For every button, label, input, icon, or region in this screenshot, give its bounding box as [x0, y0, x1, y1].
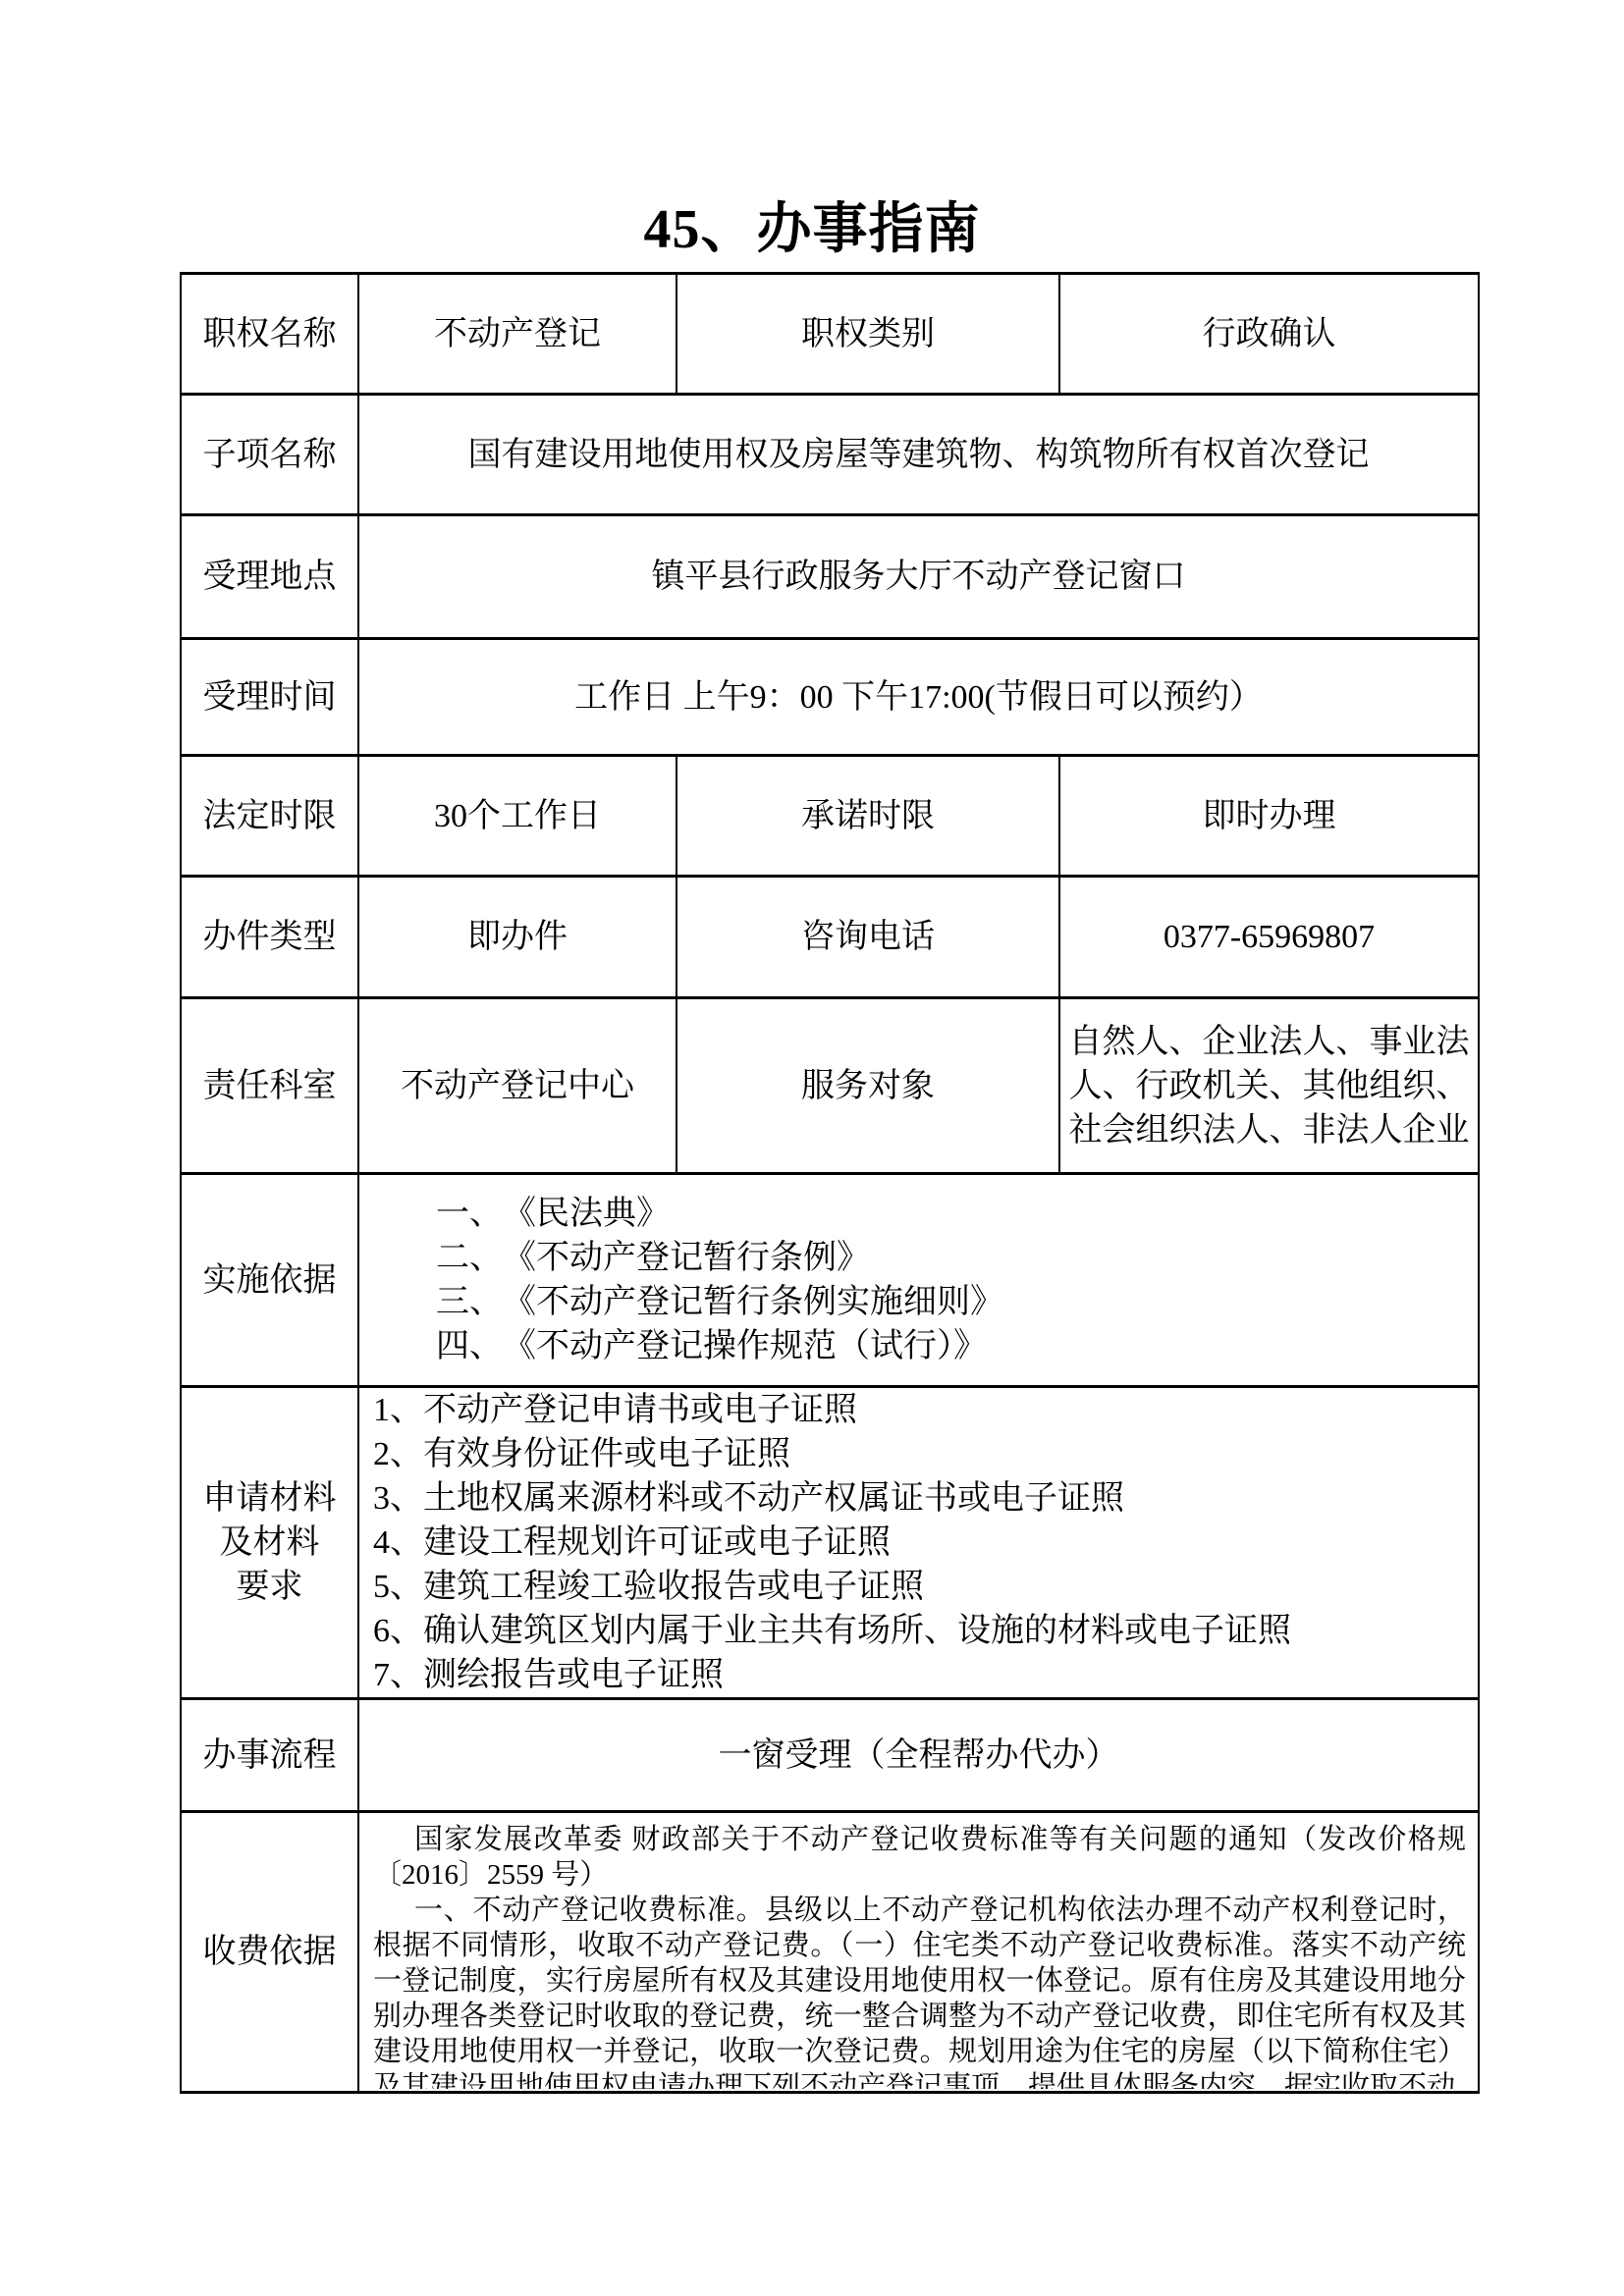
sub-item-name-label: 子项名称 — [181, 395, 358, 515]
acceptance-place-value: 镇平县行政服务大厅不动产登记窗口 — [358, 515, 1479, 639]
table-row: 职权名称 不动产登记 职权类别 行政确认 — [181, 274, 1479, 395]
process-label: 办事流程 — [181, 1699, 358, 1812]
page-title: 45、办事指南 — [0, 194, 1624, 265]
service-guide-table: 职权名称 不动产登记 职权类别 行政确认 子项名称 国有建设用地使用权及房屋等建… — [180, 272, 1480, 2094]
basis-item: 二、 《不动产登记暂行条例》 — [436, 1236, 1478, 1280]
authority-type-label: 职权类别 — [677, 274, 1059, 395]
basis-item: 四、 《不动产登记操作规范（试行）》 — [436, 1324, 1478, 1368]
table-row: 收费依据 国家发展改革委 财政部关于不动产登记收费标准等有关问题的通知（发改价格… — [181, 1812, 1479, 2093]
table-row: 责任科室 不动产登记中心 服务对象 自然人、企业法人、事业法人、行政机关、其他组… — [181, 998, 1479, 1174]
label-line: 要求 — [182, 1565, 357, 1609]
responsible-office-value: 不动产登记中心 — [358, 998, 677, 1174]
authority-type-value: 行政确认 — [1059, 274, 1479, 395]
service-target-value: 自然人、企业法人、事业法人、行政机关、其他组织、社会组织法人、非法人企业 — [1059, 998, 1479, 1174]
table-row: 法定时限 30个工作日 承诺时限 即时办理 — [181, 756, 1479, 877]
label-line: 申请材料 — [182, 1476, 357, 1521]
implementation-basis-value: 一、 《民法典》 二、 《不动产登记暂行条例》 三、 《不动产登记暂行条例实施细… — [358, 1174, 1479, 1387]
acceptance-time-label: 受理时间 — [181, 639, 358, 756]
table-row: 子项名称 国有建设用地使用权及房屋等建筑物、构筑物所有权首次登记 — [181, 395, 1479, 515]
acceptance-time-value: 工作日 上午9：00 下午17:00(节假日可以预约） — [358, 639, 1479, 756]
table-row: 实施依据 一、 《民法典》 二、 《不动产登记暂行条例》 三、 《不动产登记暂行… — [181, 1174, 1479, 1387]
implementation-basis-label: 实施依据 — [181, 1174, 358, 1387]
acceptance-place-label: 受理地点 — [181, 515, 358, 639]
authority-name-value: 不动产登记 — [358, 274, 677, 395]
fee-basis-paragraph: 一、不动产登记收费标准。县级以上不动产登记机构依法办理不动产权利登记时，根据不同… — [373, 1893, 1466, 2089]
fee-basis-paragraph: 国家发展改革委 财政部关于不动产登记收费标准等有关问题的通知（发改价格规〔201… — [373, 1822, 1466, 1893]
document-page: 45、办事指南 职权名称 不动产登记 职权类别 行政确认 子项名称 国有建设用地… — [0, 0, 1624, 2296]
fee-basis-value: 国家发展改革委 财政部关于不动产登记收费标准等有关问题的通知（发改价格规〔201… — [358, 1812, 1479, 2093]
promised-limit-value: 即时办理 — [1059, 756, 1479, 877]
case-type-value: 即办件 — [358, 877, 677, 998]
process-value: 一窗受理（全程帮办代办） — [358, 1699, 1479, 1812]
implementation-basis-list: 一、 《民法典》 二、 《不动产登记暂行条例》 三、 《不动产登记暂行条例实施细… — [359, 1192, 1478, 1368]
basis-item: 三、 《不动产登记暂行条例实施细则》 — [436, 1280, 1478, 1324]
application-materials-value: 1、不动产登记申请书或电子证照 2、有效身份证件或电子证照 3、土地权属来源材料… — [358, 1387, 1479, 1699]
inquiry-phone-value: 0377-65969807 — [1059, 877, 1479, 998]
basis-item: 一、 《民法典》 — [436, 1192, 1478, 1236]
application-materials-label: 申请材料 及材料 要求 — [181, 1387, 358, 1699]
fee-basis-label: 收费依据 — [181, 1812, 358, 2093]
statutory-limit-value: 30个工作日 — [358, 756, 677, 877]
responsible-office-label: 责任科室 — [181, 998, 358, 1174]
inquiry-phone-label: 咨询电话 — [677, 877, 1059, 998]
material-item: 2、有效身份证件或电子证照 — [373, 1432, 1478, 1476]
fee-basis-text: 国家发展改革委 财政部关于不动产登记收费标准等有关问题的通知（发改价格规〔201… — [359, 1816, 1478, 2089]
table-row: 办事流程 一窗受理（全程帮办代办） — [181, 1699, 1479, 1812]
statutory-limit-label: 法定时限 — [181, 756, 358, 877]
material-item: 3、土地权属来源材料或不动产权属证书或电子证照 — [373, 1476, 1478, 1521]
case-type-label: 办件类型 — [181, 877, 358, 998]
authority-name-label: 职权名称 — [181, 274, 358, 395]
material-item: 1、不动产登记申请书或电子证照 — [373, 1388, 1478, 1432]
label-line: 及材料 — [182, 1521, 357, 1565]
table-row: 受理地点 镇平县行政服务大厅不动产登记窗口 — [181, 515, 1479, 639]
material-item: 5、建筑工程竣工验收报告或电子证照 — [373, 1565, 1478, 1609]
material-item: 6、确认建筑区划内属于业主共有场所、设施的材料或电子证照 — [373, 1609, 1478, 1653]
material-item: 4、建设工程规划许可证或电子证照 — [373, 1521, 1478, 1565]
sub-item-name-value: 国有建设用地使用权及房屋等建筑物、构筑物所有权首次登记 — [358, 395, 1479, 515]
service-target-label: 服务对象 — [677, 998, 1059, 1174]
promised-limit-label: 承诺时限 — [677, 756, 1059, 877]
table-row: 办件类型 即办件 咨询电话 0377-65969807 — [181, 877, 1479, 998]
table-row: 受理时间 工作日 上午9：00 下午17:00(节假日可以预约） — [181, 639, 1479, 756]
material-item: 7、测绘报告或电子证照 — [373, 1653, 1478, 1697]
table-row: 申请材料 及材料 要求 1、不动产登记申请书或电子证照 2、有效身份证件或电子证… — [181, 1387, 1479, 1699]
application-materials-list: 1、不动产登记申请书或电子证照 2、有效身份证件或电子证照 3、土地权属来源材料… — [359, 1388, 1478, 1697]
